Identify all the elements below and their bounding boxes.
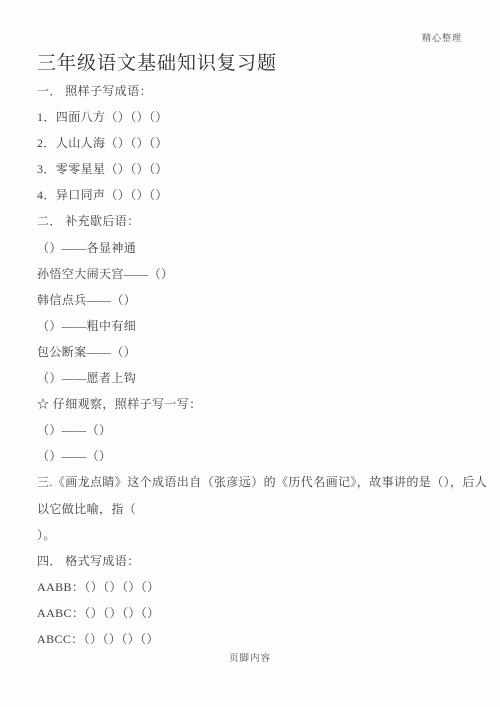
doc-line: 以它做比喻，指（: [37, 496, 472, 522]
doc-line: （）——（）: [37, 443, 472, 469]
doc-line: 一． 照样子写成语：: [37, 78, 472, 104]
doc-line: （）——（）: [37, 417, 472, 443]
page-title: 三年级语文基础知识复习题: [37, 48, 277, 75]
doc-line: 二． 补充歇后语：: [37, 208, 472, 234]
doc-line: 孙悟空大闹天宫——（）: [37, 261, 472, 287]
doc-line: 四． 格式写成语：: [37, 548, 472, 574]
doc-line: ☆ 仔细观察，照样子写一写：: [37, 391, 472, 417]
doc-line: 韩信点兵——（）: [37, 287, 472, 313]
doc-line: 1．四面八方（）（）（）: [37, 104, 472, 130]
doc-line: （）——愿者上钩: [37, 365, 472, 391]
doc-line: （）——粗中有细: [37, 313, 472, 339]
doc-line: 3．零零星星（）（）（）: [37, 156, 472, 182]
page-footer: 页脚内容: [0, 650, 500, 664]
header-note: 精心整理: [422, 31, 462, 44]
document-page: 精心整理 三年级语文基础知识复习题 一． 照样子写成语：1．四面八方（）（）（）…: [0, 0, 500, 707]
document-body: 一． 照样子写成语：1．四面八方（）（）（）2．人山人海（）（）（）3．零零星星…: [37, 78, 472, 652]
doc-line: 三.《画龙点睛》这个成语出自（张彦远）的《历代名画记》，故事讲的是（），后人: [37, 469, 472, 495]
doc-line: AABB：（）（）（）（）: [37, 574, 472, 600]
doc-line: ）。: [37, 522, 472, 548]
doc-line: ABCC：（）（）（）（）: [37, 626, 472, 652]
doc-line: 4．异口同声（）（）（）: [37, 182, 472, 208]
doc-line: （）——各显神通: [37, 235, 472, 261]
doc-line: 2．人山人海（）（）（）: [37, 130, 472, 156]
doc-line: AABC：（）（）（）（）: [37, 600, 472, 626]
doc-line: 包公断案——（）: [37, 339, 472, 365]
